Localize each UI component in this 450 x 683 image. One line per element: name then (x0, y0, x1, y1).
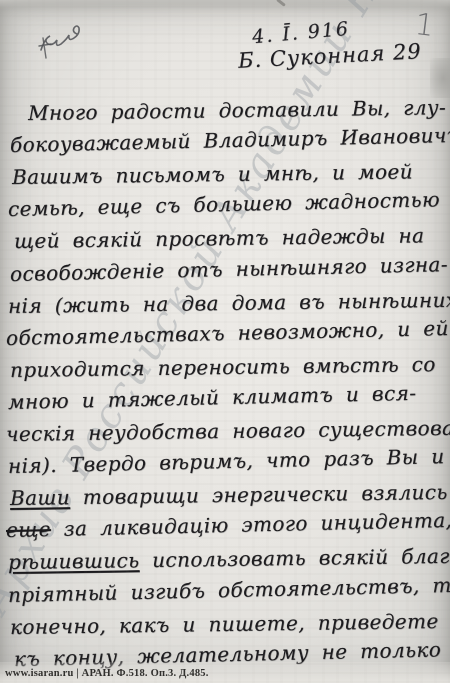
handwritten-line: еще за ликвидацію этого инцидента, (6, 508, 450, 542)
archive-source-caption: www.isaran.ru | АРАН. Ф.518. Оп.3. Д.485… (5, 668, 209, 679)
scan-edge-shadow (0, 0, 450, 9)
line-text: пріятный изгибъ обстоятельствъ, то (8, 572, 450, 606)
handwritten-line: нія). Твердо вѣримъ, что разъ Вы и (8, 444, 445, 478)
line-text: обстоятельствахъ невозможно, и ей (6, 316, 449, 350)
line-text: за ликвидацію этого инцидента, (51, 508, 450, 541)
handwritten-line: бокоуважаемый Владимиръ Ивановичъ, (10, 123, 450, 157)
line-text: использовать всякій благо- (139, 544, 450, 573)
handwritten-line: рѣшившись использовать всякій благо- (8, 544, 450, 574)
line-text: нія (жить на два дома въ нынѣшнихъ (8, 287, 450, 317)
handwritten-line: ческія неудобства новаго существова- (6, 416, 450, 446)
handwritten-line: приходится переносить вмѣстѣ со (10, 352, 436, 382)
line-text: бокоуважаемый Владимиръ Ивановичъ, (10, 123, 450, 157)
handwritten-line: обстоятельствахъ невозможно, и ей (6, 316, 449, 350)
handwritten-line: Вашимъ письмомъ и мнѣ, и моей (12, 160, 413, 190)
underlined-word: Ваши (10, 485, 70, 510)
line-text: товарищи энергически взялись (70, 480, 448, 509)
scan-smudge (430, 58, 450, 98)
handwritten-line: пріятный изгибъ обстоятельствъ, то (8, 572, 450, 606)
line-text: Много радости доставили Вы, глу- (28, 95, 446, 125)
handwritten-line: конечно, какъ и пишете, приведете его (10, 608, 450, 639)
underlined-word: рѣшившись (8, 549, 140, 575)
handwritten-line: освобожденіе отъ нынѣшняго изгна- (10, 252, 448, 286)
line-text: конечно, какъ и пишете, приведете его (10, 608, 450, 639)
line-text: мною и тяжелый климатъ и вся- (8, 381, 417, 414)
struck-word: еще (6, 517, 51, 542)
line-text: семьѣ, еще съ большею жадностью ловя- (8, 186, 450, 221)
line-text: ческія неудобства новаго существова- (6, 416, 450, 446)
pencil-scribble-icon (27, 16, 89, 62)
line-text: приходится переносить вмѣстѣ со (10, 352, 436, 382)
handwritten-line: Много радости доставили Вы, глу- (28, 95, 446, 125)
scanned-letter-page: Архив Российской Академии Наук 1 4. Ī. 9… (0, 0, 450, 683)
line-text: освобожденіе отъ нынѣшняго изгна- (10, 252, 448, 286)
line-text: Вашимъ письмомъ и мнѣ, и моей (12, 160, 413, 190)
line-text: нія). Твердо вѣримъ, что разъ Вы и (8, 444, 445, 478)
handwritten-line: мною и тяжелый климатъ и вся- (8, 381, 417, 414)
handwritten-line: нія (жить на два дома въ нынѣшнихъ (8, 287, 450, 317)
line-text: щей всякій просвѣтъ надежды на (14, 224, 425, 254)
handwritten-line: семьѣ, еще съ большею жадностью ловя- (8, 186, 450, 221)
handwritten-line: щей всякій просвѣтъ надежды на (14, 224, 425, 254)
handwritten-line: Ваши товарищи энергически взялись (10, 480, 448, 510)
